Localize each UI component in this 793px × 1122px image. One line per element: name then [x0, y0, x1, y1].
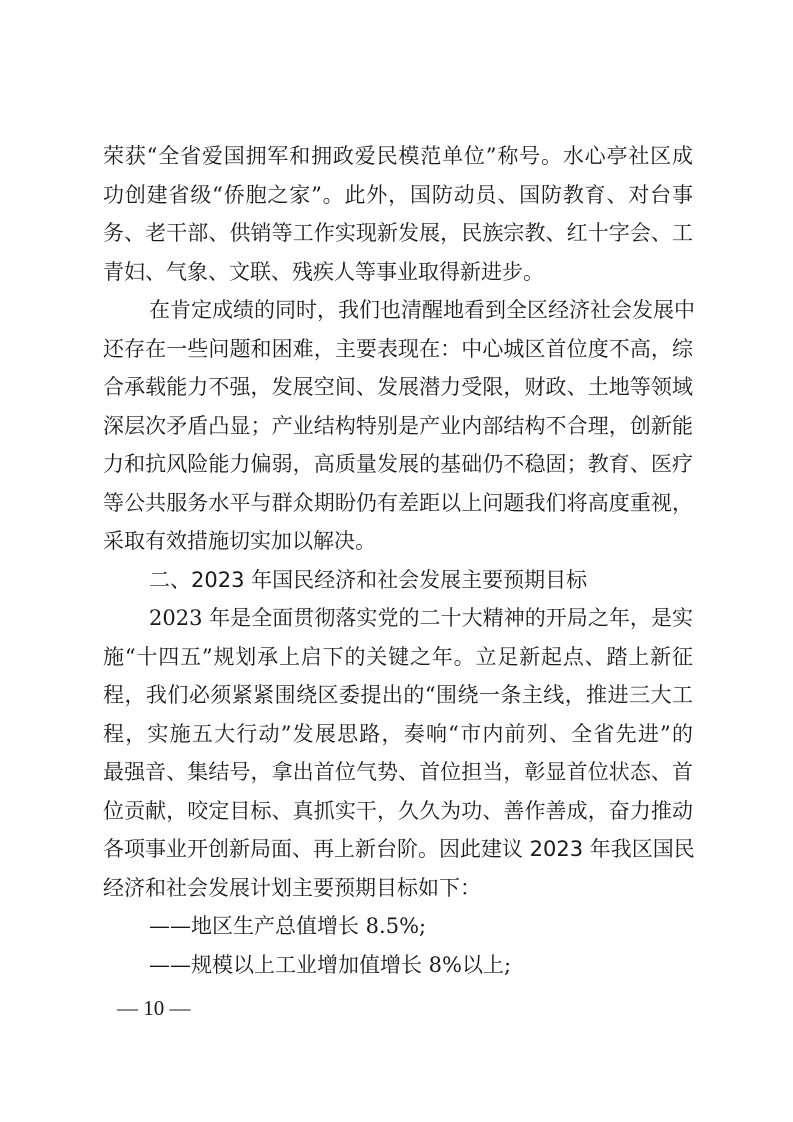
text-line: 合承载能力不强，发展空间、发展潜力受限，财政、土地等领域: [103, 368, 693, 407]
text-line: 力和抗风险能力偏弱，高质量发展的基础仍不稳固；教育、医疗: [103, 445, 693, 484]
target-list: ——地区生产总值增长 8.5%; ——规模以上工业增加值增长 8%以上;: [103, 907, 693, 984]
text-line: 青妇、气象、文联、残疾人等事业取得新进步。: [103, 253, 693, 292]
text-line: 位贡献，咬定目标、真抓实干，久久为功、善作善成，奋力推动: [103, 792, 693, 831]
text-emphasis: 建议 2023 年我区国民: [481, 837, 695, 861]
text-regular: 各项事业开创新局面、再上新台阶。因此: [103, 837, 481, 861]
text-line: 在肯定成绩的同时，我们也清醒地看到全区经济社会发展中: [103, 291, 693, 330]
document-body: 荣获“全省爱国拥军和拥政爱民模范单位”称号。水心亭社区成 功创建省级“侨胞之家”…: [103, 137, 693, 984]
paragraph-problems: 在肯定成绩的同时，我们也清醒地看到全区经济社会发展中 还存在一些问题和困难，主要…: [103, 291, 693, 561]
text-line: 等公共服务水平与群众期盼仍有差距以上问题我们将高度重视，: [103, 484, 693, 523]
text-emphasis-line: 经济和社会发展计划主要预期目标如下：: [103, 869, 693, 908]
text-line: 采取有效措施切实加以解决。: [103, 522, 693, 561]
text-line: 程，我们必须紧紧围绕区委提出的“围绕一条主线，推进三大工: [103, 676, 693, 715]
text-line: 施“十四五”规划承上启下的关键之年。立足新起点、踏上新征: [103, 638, 693, 677]
text-line: 各项事业开创新局面、再上新台阶。因此建议 2023 年我区国民: [103, 830, 693, 869]
paragraph-2023-goals: 2023 年是全面贯彻落实党的二十大精神的开局之年，是实 施“十四五”规划承上启…: [103, 599, 693, 907]
text-line: 最强音、集结号，拿出首位气势、首位担当，彰显首位状态、首: [103, 753, 693, 792]
section-heading: 二、2023 年国民经济和社会发展主要预期目标: [103, 561, 693, 600]
text-line: 务、老干部、供销等工作实现新发展，民族宗教、红十字会、工: [103, 214, 693, 253]
text-line: 2023 年是全面贯彻落实党的二十大精神的开局之年，是实: [103, 599, 693, 638]
text-line: 荣获“全省爱国拥军和拥政爱民模范单位”称号。水心亭社区成: [103, 137, 693, 176]
target-item-industry: ——规模以上工业增加值增长 8%以上;: [103, 946, 693, 985]
target-item-gdp: ——地区生产总值增长 8.5%;: [103, 907, 693, 946]
document-page: 荣获“全省爱国拥军和拥政爱民模范单位”称号。水心亭社区成 功创建省级“侨胞之家”…: [0, 0, 793, 1122]
text-line: 程，实施五大行动”发展思路，奏响“市内前列、全省先进”的: [103, 715, 693, 754]
page-number: — 10 —: [117, 996, 191, 1021]
paragraph-honors: 荣获“全省爱国拥军和拥政爱民模范单位”称号。水心亭社区成 功创建省级“侨胞之家”…: [103, 137, 693, 291]
text-line: 深层次矛盾凸显；产业结构特别是产业内部结构不合理，创新能: [103, 407, 693, 446]
text-line: 功创建省级“侨胞之家”。此外，国防动员、国防教育、对台事: [103, 176, 693, 215]
text-line: 还存在一些问题和困难，主要表现在：中心城区首位度不高，综: [103, 330, 693, 369]
